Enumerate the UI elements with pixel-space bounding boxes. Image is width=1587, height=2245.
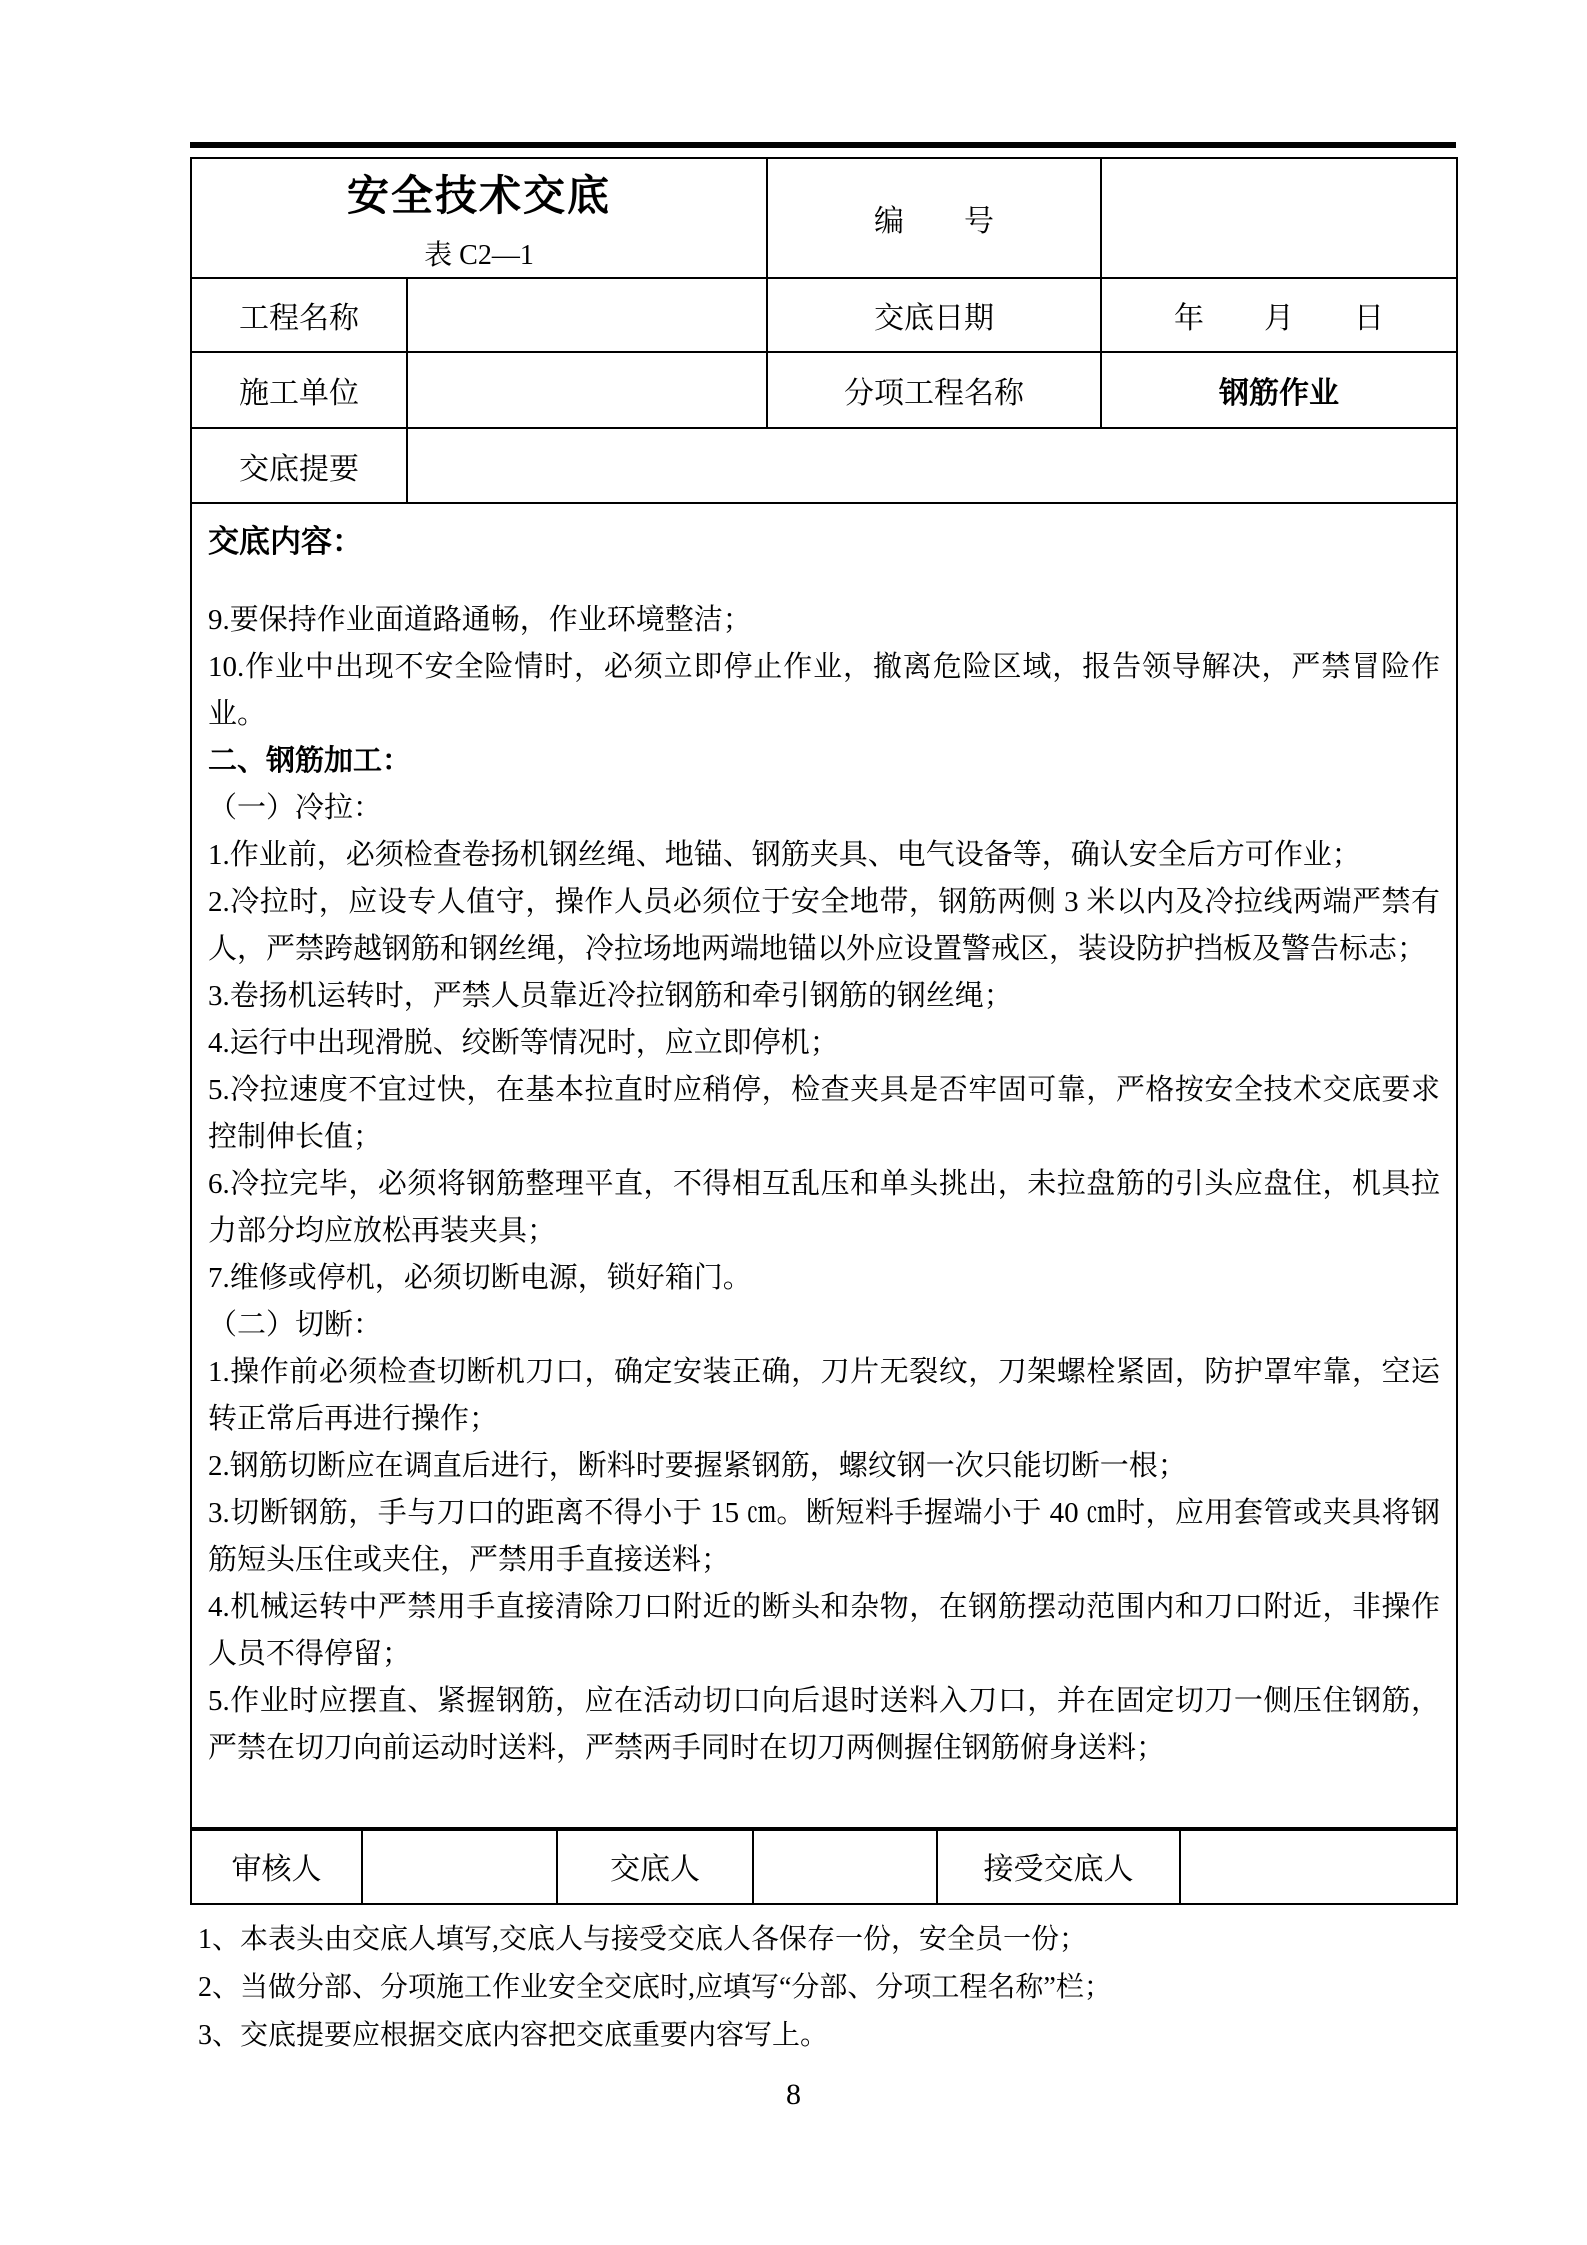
subproject-value: 钢筋作业 xyxy=(1101,352,1457,428)
project-name-value xyxy=(407,278,767,352)
content-paragraph: 9.要保持作业面道路通畅，作业环境整洁； xyxy=(208,597,1440,644)
content-paragraph: 7.维修或停机，必须切断电源，锁好箱门。 xyxy=(208,1255,1440,1302)
document-page: 安全技术交底 表 C2—1 编 号 工程名称 交底日期 年 月 日 施工单位 分… xyxy=(0,0,1587,2245)
content-heading: 交底内容： xyxy=(208,518,1440,565)
construction-unit-label: 施工单位 xyxy=(191,352,407,428)
content-paragraph: 2.冷拉时，应设专人值守，操作人员必须位于安全地带，钢筋两侧 3 米以内及冷拉线… xyxy=(208,879,1440,973)
summary-value xyxy=(407,428,1457,503)
discloser-value xyxy=(753,1828,937,1904)
content-paragraph: 5.作业时应摆直、紧握钢筋，应在活动切口向后退时送料入刀口，并在固定切刀一侧压住… xyxy=(208,1678,1440,1772)
footnote: 1、本表头由交底人填写,交底人与接受交底人各保存一份，安全员一份； xyxy=(198,1916,1458,1964)
form-title: 安全技术交底 xyxy=(192,163,766,223)
receiver-label: 接受交底人 xyxy=(937,1828,1180,1904)
project-name-label: 工程名称 xyxy=(191,278,407,352)
content-paragraph: 1.操作前必须检查切断机刀口，确定安装正确，刀片无裂纹，刀架螺栓紧固，防护罩牢靠… xyxy=(208,1349,1440,1443)
page-number: 8 xyxy=(0,2078,1587,2112)
content-paragraph: 6.冷拉完毕，必须将钢筋整理平直，不得相互乱压和单头挑出，未拉盘筋的引头应盘住，… xyxy=(208,1161,1440,1255)
discloser-label: 交底人 xyxy=(557,1828,753,1904)
reviewer-value xyxy=(362,1828,557,1904)
number-label: 编 号 xyxy=(767,158,1101,278)
signature-table: 审核人 交底人 接受交底人 xyxy=(190,1827,1458,1905)
content-paragraph: 3.卷扬机运转时，严禁人员靠近冷拉钢筋和牵引钢筋的钢丝绳； xyxy=(208,973,1440,1020)
form-title-cell: 安全技术交底 表 C2—1 xyxy=(191,158,767,278)
header-divider xyxy=(190,142,1456,148)
footnote: 3、交底提要应根据交底内容把交底重要内容写上。 xyxy=(198,2012,1458,2060)
footnotes: 1、本表头由交底人填写,交底人与接受交底人各保存一份，安全员一份； 2、当做分部… xyxy=(198,1916,1458,2060)
content-subsection-heading: （二）切断： xyxy=(208,1302,1440,1349)
footnote: 2、当做分部、分项施工作业安全交底时,应填写“分部、分项工程名称”栏； xyxy=(198,1964,1458,2012)
disclosure-content-cell: 交底内容： 9.要保持作业面道路通畅，作业环境整洁； 10.作业中出现不安全险情… xyxy=(191,503,1457,1830)
content-paragraph: 3.切断钢筋，手与刀口的距离不得小于 15 ㎝。断短料手握端小于 40 ㎝时，应… xyxy=(208,1490,1440,1584)
disclosure-form-table: 安全技术交底 表 C2—1 编 号 工程名称 交底日期 年 月 日 施工单位 分… xyxy=(190,157,1458,1831)
content-section-heading: 二、钢筋加工： xyxy=(208,738,1440,785)
construction-unit-value xyxy=(407,352,767,428)
content-paragraph: 2.钢筋切断应在调直后进行，断料时要握紧钢筋，螺纹钢一次只能切断一根； xyxy=(208,1443,1440,1490)
content-paragraph: 4.运行中出现滑脱、绞断等情况时，应立即停机； xyxy=(208,1020,1440,1067)
subproject-label: 分项工程名称 xyxy=(767,352,1101,428)
summary-label: 交底提要 xyxy=(191,428,407,503)
number-value xyxy=(1101,158,1457,278)
disclosure-date-label: 交底日期 xyxy=(767,278,1101,352)
content-paragraph: 1.作业前，必须检查卷扬机钢丝绳、地锚、钢筋夹具、电气设备等，确认安全后方可作业… xyxy=(208,832,1440,879)
reviewer-label: 审核人 xyxy=(191,1828,362,1904)
content-subsection-heading: （一）冷拉： xyxy=(208,785,1440,832)
content-paragraph: 10.作业中出现不安全险情时，必须立即停止作业，撤离危险区域，报告领导解决，严禁… xyxy=(208,644,1440,738)
disclosure-date-value: 年 月 日 xyxy=(1101,278,1457,352)
content-paragraph: 5.冷拉速度不宜过快，在基本拉直时应稍停，检查夹具是否牢固可靠，严格按安全技术交… xyxy=(208,1067,1440,1161)
form-subtitle: 表 C2—1 xyxy=(192,233,766,273)
receiver-value xyxy=(1180,1828,1457,1904)
content-paragraph: 4.机械运转中严禁用手直接清除刀口附近的断头和杂物，在钢筋摆动范围内和刀口附近，… xyxy=(208,1584,1440,1678)
